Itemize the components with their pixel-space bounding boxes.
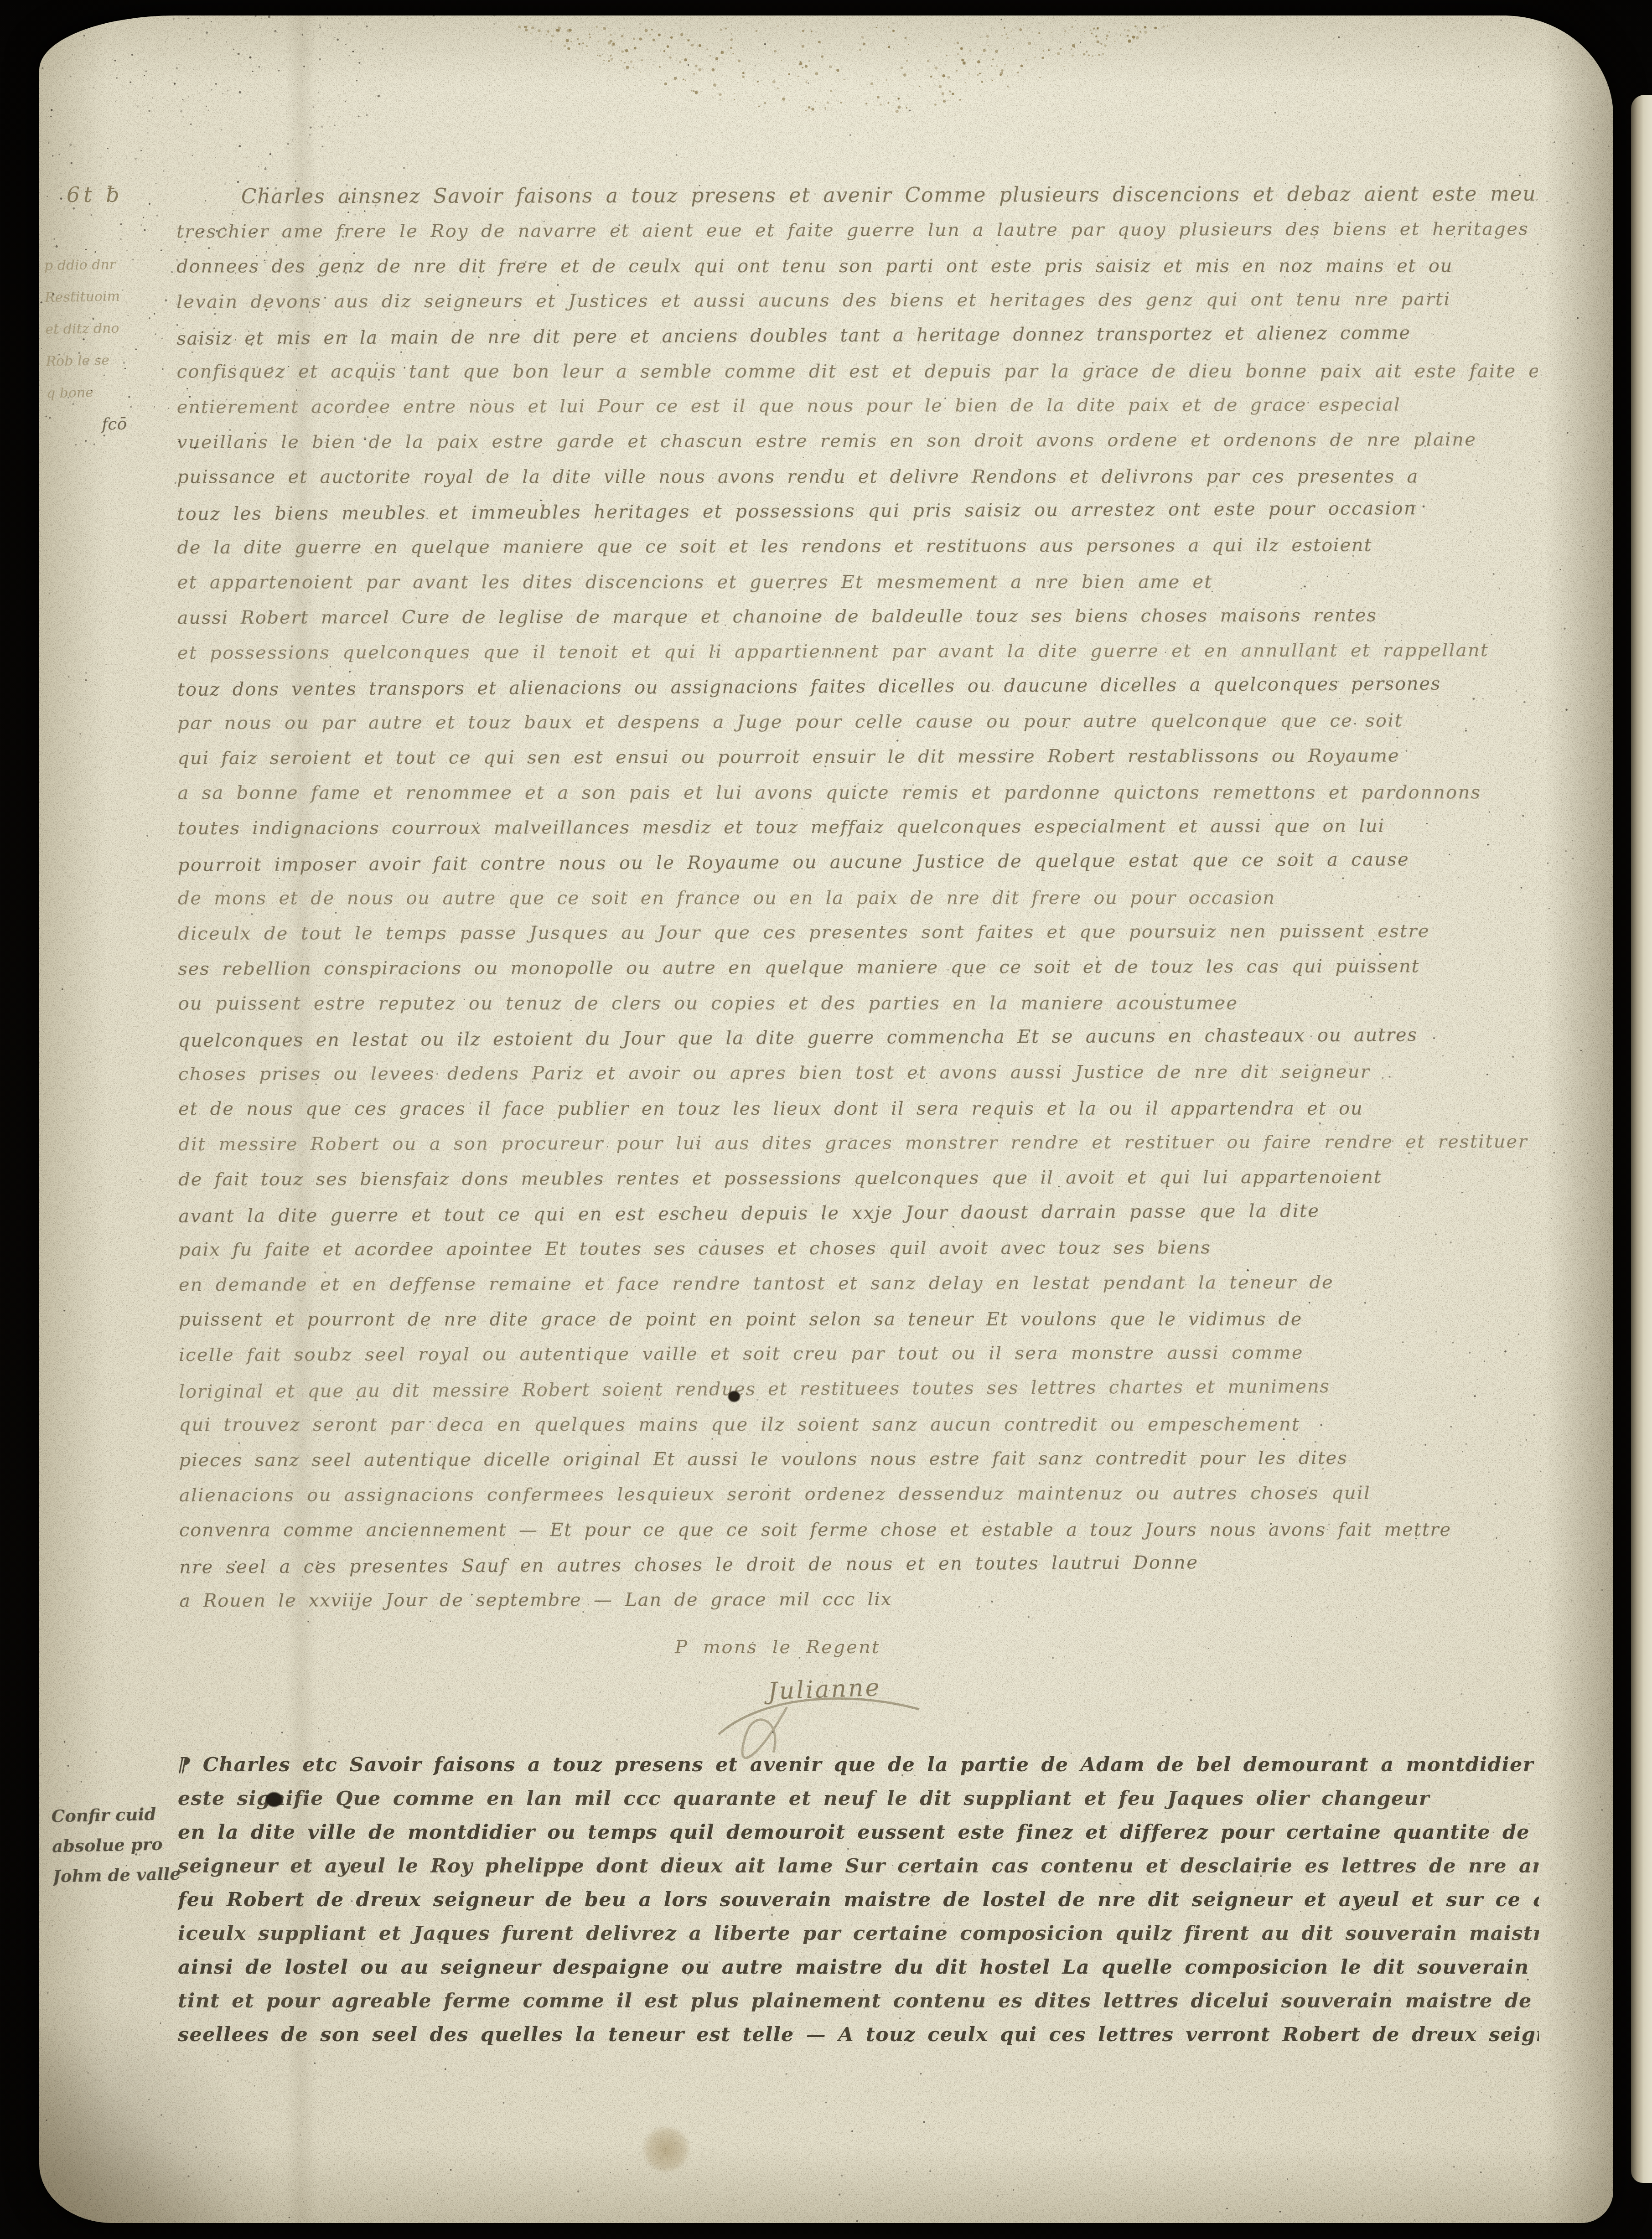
manuscript-line: quelconques en lestat ou ilz estoient du… — [178, 1017, 1539, 1059]
manuscript-line: en la dite ville de montdidier ou temps … — [178, 1815, 1539, 1849]
manuscript-line: ⁋ Charles etc Savoir faisons a touz pres… — [178, 1748, 1539, 1782]
manuscript-line: de mons et de nous ou autre que ce soit … — [178, 880, 1539, 916]
manuscript-line: et possessions quelconques que il tenoit… — [177, 633, 1538, 671]
manuscript-line: levain devons aus diz seigneurs et Justi… — [176, 282, 1538, 320]
manuscript-line: puissance et auctorite royal de la dite … — [177, 459, 1538, 495]
ink-blot — [266, 1792, 282, 1807]
manuscript-line: convenra comme anciennement — Et pour ce… — [179, 1512, 1540, 1548]
manuscript-line: donnees des genz de nre dit frere et de … — [176, 248, 1538, 284]
manuscript-line: seigneur et ayeul le Roy phelippe dont d… — [178, 1849, 1539, 1883]
manuscript-line: Charles ainsnez Savoir faisons a touz pr… — [176, 176, 1538, 214]
act1-text-block: Charles ainsnez Savoir faisons a touz pr… — [176, 176, 1541, 1618]
act2-text-block: ⁋ Charles etc Savoir faisons a touz pres… — [178, 1748, 1539, 2052]
manuscript-line: a Rouen le xxviije Jour de septembre — L… — [179, 1581, 1540, 1618]
manuscript-line: de fait touz ses biensfaiz dons meubles … — [178, 1159, 1539, 1197]
registrar-mark: 6t ƀ — [67, 182, 123, 207]
clerk-signature: Julianne — [767, 1674, 881, 1706]
manuscript-line: este signifie Que comme en lan mil ccc q… — [178, 1782, 1539, 1815]
stain-mark — [641, 2126, 691, 2172]
manuscript-line: confisquez et acquis tant que bon leur a… — [177, 354, 1538, 389]
page-corner-fold — [39, 2027, 235, 2223]
manuscript-line: vueillans le bien de la paix estre garde… — [177, 422, 1538, 460]
vellum-pore-dots — [504, 19, 1188, 129]
chancery-subscription: P mons le Regent — [675, 1637, 880, 1658]
manuscript-line: icelle fait soubz seel royal ou autentiq… — [179, 1335, 1540, 1373]
manuscript-line: diceulx de tout le temps passe Jusques a… — [178, 914, 1539, 951]
manuscript-line: de la dite guerre en quelque maniere que… — [177, 527, 1538, 565]
manuscript-line: pourroit imposer avoir fait contre nous … — [178, 842, 1539, 883]
manuscript-line: iceulx suppliant et Jaques furent delivr… — [178, 1917, 1539, 1950]
manuscript-line: puissent et pourront de nre dite grace d… — [179, 1302, 1540, 1337]
ink-blot — [728, 1391, 740, 1402]
manuscript-line: seellees de son seel des quelles la tene… — [178, 2018, 1539, 2052]
manuscript-line: loriginal et que au dit messire Robert s… — [179, 1368, 1540, 1410]
manuscript-line: qui faiz seroient et tout ce qui sen est… — [177, 738, 1538, 776]
next-folio-edge — [1631, 95, 1652, 2183]
manuscript-line: tint et pour agreable ferme comme il est… — [178, 1984, 1539, 2018]
manuscript-line: feu Robert de dreux seigneur de beu a lo… — [178, 1883, 1539, 1917]
manuscript-line: fcō — [47, 407, 184, 441]
manuscript-line: et ditz dno — [45, 311, 182, 346]
manuscript-line: saisiz et mis en la main de nre dit pere… — [176, 315, 1538, 357]
manuscript-line: touz les biens meubles et immeubles heri… — [177, 491, 1538, 532]
photograph-background: 6t ƀ p ddio dnrRestituoimet ditz dnoRob … — [0, 0, 1652, 2239]
manuscript-line: par nous ou par autre et touz baux et de… — [177, 703, 1538, 741]
manuscript-line: alienacions ou assignacions confermees l… — [179, 1475, 1540, 1513]
manuscript-line: touz dons ventes transpors et alienacion… — [177, 666, 1538, 708]
manuscript-line: avant la dite guerre et tout ce qui en e… — [178, 1193, 1539, 1234]
manuscript-line: entierement acordee entre nous et lui Po… — [177, 387, 1538, 425]
manuscript-line: et de nous que ces graces il face publie… — [178, 1091, 1539, 1127]
manuscript-line: pieces sanz seel autentique dicelle orig… — [179, 1440, 1540, 1478]
manuscript-line: ou puissent estre reputez ou tenuz de cl… — [178, 986, 1539, 1021]
manuscript-line: toutes indignacions courroux malveillanc… — [178, 808, 1539, 846]
manuscript-line: qui trouvez seront par deca en quelques … — [179, 1407, 1540, 1443]
manuscript-line: aussi Robert marcel Cure de leglise de m… — [177, 598, 1538, 636]
top-margin-annotations: p ddio dnrRestituoimet ditz dnoRob le se… — [44, 248, 184, 441]
manuscript-line: dit messire Robert ou a son procureur po… — [178, 1124, 1539, 1162]
manuscript-line: et appartenoient par avant les dites dis… — [177, 564, 1538, 600]
manuscript-line: choses prises ou levees dedens Pariz et … — [178, 1054, 1539, 1092]
manuscript-line: p ddio dnr — [44, 248, 181, 282]
manuscript-line: treschier ame frere le Roy de navarre et… — [176, 212, 1538, 249]
manuscript-line: ses rebellion conspiracions ou monopolle… — [178, 949, 1539, 987]
manuscript-page: 6t ƀ p ddio dnrRestituoimet ditz dnoRob … — [39, 16, 1613, 2223]
manuscript-line: Rob le se — [46, 343, 183, 377]
manuscript-line: a sa bonne fame et renommee et a son pai… — [178, 775, 1539, 811]
manuscript-line: q bone — [46, 375, 183, 409]
manuscript-line: paix fu faite et acordee apointee Et tou… — [179, 1230, 1540, 1267]
manuscript-line: ainsi de lostel ou au seigneur despaigne… — [178, 1950, 1539, 1984]
manuscript-line: nre seel a ces presentes Sauf en autres … — [179, 1544, 1540, 1585]
manuscript-line: Restituoim — [45, 279, 182, 314]
manuscript-line: en demande et en deffense remaine et fac… — [179, 1265, 1540, 1303]
